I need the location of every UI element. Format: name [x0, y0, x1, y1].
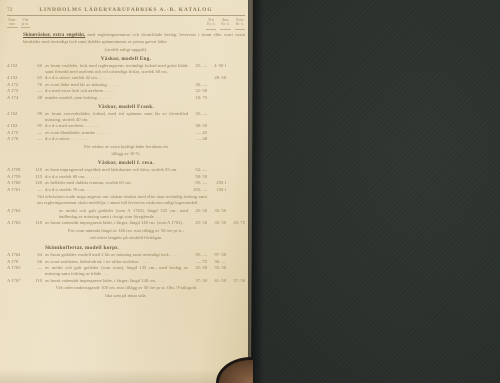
item-price: 95: —	[188, 180, 207, 186]
item-code: A 176	[7, 136, 29, 142]
item-weight: 115	[29, 174, 45, 180]
section-heading: Väskor, modell Frank.	[7, 104, 245, 110]
lead-centered-line: (storlek enligt uppgift).	[7, 47, 245, 53]
item-code: A 1765	[7, 265, 29, 271]
catalog-row: A 175—av svart blankläder, mindre . . . …	[7, 130, 245, 136]
item-code: A 175	[7, 130, 29, 136]
catalog-row: A 17270av svart läder med lås av mässing…	[7, 82, 245, 88]
col-price-piece: PrisKr. ö.	[206, 18, 216, 30]
item-code: A 173	[7, 88, 29, 94]
item-description: av brunt vaxläder, lock med regleringsre…	[45, 63, 188, 75]
item-code: A 1763	[7, 220, 29, 226]
item-price: 28: 50	[207, 75, 226, 81]
item-description: d:o d:o större, storlek 42 cm. . . . . .…	[45, 75, 188, 81]
col-price-net: NettoKr. ö.	[235, 18, 245, 30]
item-weight: 60	[29, 63, 45, 69]
item-price: 95: —	[188, 252, 207, 258]
item-weight: —	[29, 187, 45, 193]
page-header: 72 LINDHOLMS LÄDERVARUFABRIKS A.-B. KATA…	[7, 7, 245, 13]
lead-paragraph: Skinnväskor, extra engelskt, med regleri…	[7, 32, 245, 45]
item-price: 41: 50	[207, 278, 226, 284]
catalog-row: A 1767110av brunt vattentätt impregnerat…	[7, 278, 245, 284]
catalog-row: A 1765—av mörkt och gult getläder (som o…	[7, 265, 245, 277]
item-description: av mörkt och gult getläder (som A 1763),…	[45, 208, 188, 220]
item-description: av brunt vattentätt impregnerat läder, i…	[45, 278, 188, 284]
item-code: A 1758	[7, 167, 29, 173]
item-price: 250 f	[207, 180, 226, 186]
item-code: A 172	[7, 82, 29, 88]
col-price-dozen: duss.Kr. ö.	[220, 18, 230, 30]
catalog-row: A 176464av brunt getläder, modell med 2 …	[7, 252, 245, 258]
item-code: 4 152	[7, 63, 29, 69]
col-number: Num-mer	[7, 18, 18, 28]
catalog-row: A 1761—d:o d:o storlek 70 cm. . . . . . …	[7, 187, 245, 193]
page-number: 72	[7, 7, 29, 13]
book-photo: 72 LINDHOLMS LÄDERVARUFABRIKS A.-B. KATA…	[0, 0, 500, 383]
item-description: av brunt getläder, modell med 2 lås av m…	[45, 252, 188, 258]
item-price: 32: 50	[188, 88, 207, 94]
item-weight: 66	[29, 259, 45, 265]
item-code: 4 163	[7, 123, 29, 129]
item-weight: 64	[29, 252, 45, 258]
catalog-row: A 176—d:o d:o större . . . . . . . .— 48	[7, 136, 245, 142]
catalog-row: A 17966av svart sealskinn, läderfodrad, …	[7, 259, 245, 265]
item-code: A 1761	[7, 187, 29, 193]
item-price: 25: 50	[188, 208, 207, 214]
item-description: d:o d:o storlek 70 cm. . . . . . .	[45, 187, 188, 193]
note-line: Vid order understigande 100 cm. mot till…	[7, 285, 245, 291]
item-weight: 110	[29, 220, 45, 226]
item-price: 25: 50	[188, 265, 207, 271]
item-price: 58: 50	[188, 174, 207, 180]
item-description: mindre modell, utan fodring . . . . . .	[45, 95, 188, 101]
item-code: 4 153	[7, 75, 29, 81]
catalog-row: A 1758110av brun impregnerad segelduk me…	[7, 167, 245, 173]
item-weight: 70	[29, 82, 45, 88]
catalog-row: A 1759115d:o d:o storlek 60 cm. . . . . …	[7, 174, 245, 180]
item-weight: 120	[29, 180, 45, 186]
section-heading: Väskor, modell f. resa.	[7, 160, 245, 166]
note-line: lika som på nästa sida.	[7, 293, 245, 299]
running-header: LINDHOLMS LÄDERVARUFABRIKS A.-B. KATALOG	[29, 7, 223, 13]
item-weight: 110	[29, 278, 45, 284]
catalog-row: A 1762av mörkt och gult getläder (som A …	[7, 208, 245, 220]
item-price: 37: 50	[188, 278, 207, 284]
page-content: 72 LINDHOLMS LÄDERVARUFABRIKS A.-B. KATA…	[7, 7, 245, 300]
catalog-page: 72 LINDHOLMS LÄDERVARUFABRIKS A.-B. KATA…	[0, 0, 253, 383]
item-description: d:o d:o med axelrem . . . . . . .	[45, 123, 188, 129]
item-weight: 90	[29, 111, 45, 117]
col-weight: Viktpr st.	[21, 18, 30, 28]
item-price: 57: 50	[226, 278, 245, 284]
item-weight: —	[29, 136, 45, 142]
item-description: d:o d:o storlek 60 cm. . . . . . .	[45, 174, 188, 180]
catalog-row: A 173—d:o med extra fack och axelrem . .…	[7, 88, 245, 94]
book-cover	[248, 0, 500, 383]
catalog-row: A 1763110av brunt vattentätt impregnerat…	[7, 220, 245, 226]
catalog-row: 4 15260av brunt vaxläder, lock med regle…	[7, 63, 245, 75]
page-edge-shadow	[248, 0, 264, 383]
item-weight: 95	[29, 123, 45, 129]
item-price: 35: 50	[207, 208, 226, 214]
catalog-row: A 17448mindre modell, utan fodring . . .…	[7, 95, 245, 101]
item-code: A 1764	[7, 252, 29, 258]
item-code: A 1760	[7, 180, 29, 186]
item-description: av mörkt och gult getläder (som ovan), l…	[45, 265, 188, 277]
item-description: av brunt vattentätt impregnerat läder, i…	[45, 220, 188, 226]
item-price: 30: —	[188, 82, 207, 88]
item-price: 150 f	[207, 187, 226, 193]
item-code: A 179	[7, 259, 29, 265]
item-price: — 48	[188, 136, 207, 142]
lead-heading: Skinnväskor, extra engelskt,	[23, 33, 85, 38]
note-line: tillägg av 10 %.	[7, 151, 245, 157]
item-description: av svart läder med lås av mässing . . . …	[45, 82, 188, 88]
catalog-row: A 1760120av helläder med dubbla remmar, …	[7, 180, 245, 186]
item-weight: 48	[29, 95, 45, 101]
page-sections: Skinnväskor, extra engelskt, med regleri…	[7, 32, 245, 299]
header-rule	[7, 15, 245, 16]
item-price: 52: —	[188, 167, 207, 173]
item-weight: 65	[29, 75, 45, 81]
item-price: 97: 50	[207, 252, 226, 258]
item-description: av helläder med dubbla remmar, storlek 6…	[45, 180, 188, 186]
instruction-paragraph: Vid rekvisition torde noga angivas om vä…	[37, 194, 207, 206]
item-price: 38: 50	[188, 123, 207, 129]
catalog-row: 4 15365d:o d:o större, storlek 42 cm. . …	[7, 75, 245, 81]
item-price: — 75	[188, 259, 207, 265]
note-line: För väskor av extra kraftigt läder beräk…	[7, 144, 245, 150]
item-description: av brunt vaxverksläder, fodrad, med två …	[45, 111, 188, 123]
note-line: För ovan nämnda längd av 140 cm. mot til…	[7, 228, 245, 234]
item-price: 2: 50 f	[207, 63, 226, 69]
item-price: 35: 50	[207, 220, 226, 226]
item-price: 105: —	[188, 187, 207, 193]
item-code: A 174	[7, 95, 29, 101]
item-weight: —	[29, 265, 45, 271]
item-description: av svart sealskinn, läderfodrad, i tre o…	[45, 259, 188, 265]
item-code: 4 162	[7, 111, 29, 117]
section-heading: Skinnkoffertar, modell korpr.	[45, 245, 245, 251]
item-price: 18: 75	[188, 95, 207, 101]
item-price: 35: —	[188, 111, 207, 117]
item-description: av svart blankläder, mindre . . . . . .	[45, 130, 188, 136]
item-weight: —	[29, 130, 45, 136]
item-description: d:o d:o större . . . . . . . .	[45, 136, 188, 142]
item-price: 35: 50	[207, 265, 226, 271]
item-price: 45: 75	[226, 220, 245, 226]
item-price: 25: —	[188, 63, 207, 69]
item-price: 36: —	[207, 259, 226, 265]
item-description: av brun impregnerad segelduk med läderka…	[45, 167, 188, 173]
section-heading: Väskor, modell Eng.	[7, 56, 245, 62]
item-price: 25: 50	[188, 220, 207, 226]
item-code: A 1762	[7, 208, 29, 214]
catalog-row: 4 16290av brunt vaxverksläder, fodrad, m…	[7, 111, 245, 123]
item-code: A 1759	[7, 174, 29, 180]
item-weight: 110	[29, 167, 45, 173]
item-price: — 45	[188, 130, 207, 136]
item-code: A 1767	[7, 278, 29, 284]
item-weight: —	[29, 88, 45, 94]
catalog-row: 4 16395d:o d:o med axelrem . . . . . . .…	[7, 123, 245, 129]
column-headers: Num-mer Viktpr st. PrisKr. ö. duss.Kr. ö…	[7, 18, 245, 30]
item-description: d:o med extra fack och axelrem . . . . .	[45, 88, 188, 94]
note-line: vid större längder på särskild förfrågan…	[7, 235, 245, 241]
